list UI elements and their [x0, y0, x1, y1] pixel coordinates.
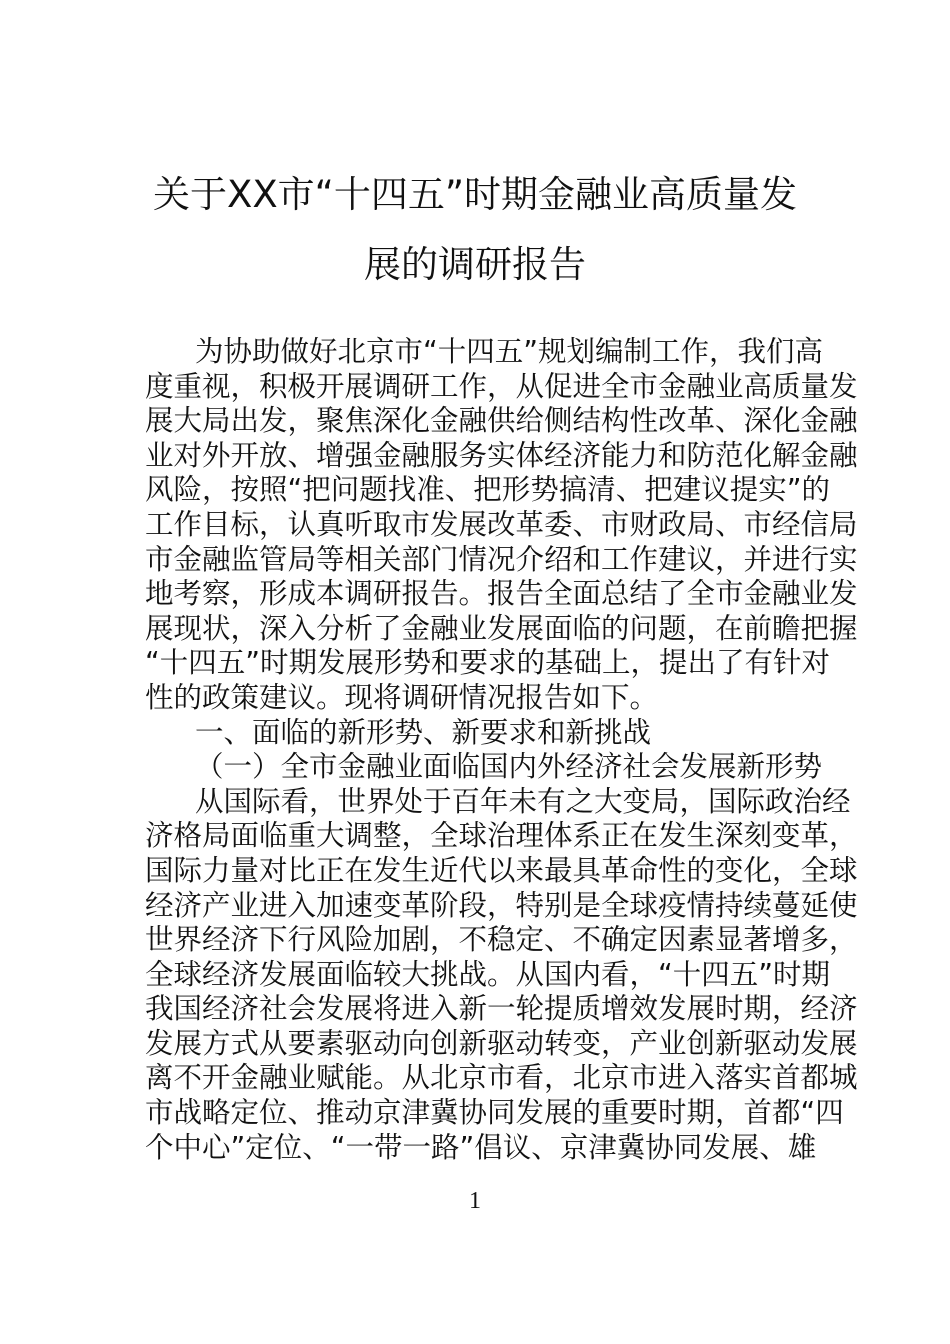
text-line: 离不开金融业赋能。从北京市看，北京市进入落实首都城: [145, 1061, 807, 1096]
page-number: 1: [0, 1188, 950, 1215]
text-line: 从国际看，世界处于百年未有之大变局，国际政治经: [145, 785, 807, 820]
text-line: 经济产业进入加速变革阶段，特别是全球疫情持续蔓延使: [145, 889, 807, 924]
text-line: “十四五”时期发展形势和要求的基础上，提出了有针对: [145, 646, 807, 681]
section-heading: 一、面临的新形势、新要求和新挑战: [145, 716, 807, 751]
text-line: 发展方式从要素驱动向创新驱动转变，产业创新驱动发展: [145, 1027, 807, 1062]
title-line-2: 展的调研报告: [130, 230, 820, 300]
document-title: 关于XX市“十四五”时期金融业高质量发 展的调研报告: [130, 160, 820, 300]
text-line: 市金融监管局等相关部门情况介绍和工作建议，并进行实: [145, 543, 807, 578]
text-line: 风险，按照“把问题找准、把形势搞清、把建议提实”的: [145, 473, 807, 508]
intro-paragraph: 为协助做好北京市“十四五”规划编制工作，我们高 度重视，积极开展调研工作，从促进…: [145, 335, 807, 716]
text-line: 世界经济下行风险加剧，不稳定、不确定因素显著增多，: [145, 923, 807, 958]
text-line: 地考察，形成本调研报告。报告全面总结了全市金融业发: [145, 577, 807, 612]
document-page: 关于XX市“十四五”时期金融业高质量发 展的调研报告 为协助做好北京市“十四五”…: [0, 0, 950, 1344]
document-body: 为协助做好北京市“十四五”规划编制工作，我们高 度重视，积极开展调研工作，从促进…: [145, 335, 807, 1165]
text-line: 展大局出发，聚焦深化金融供给侧结构性改革、深化金融: [145, 404, 807, 439]
text-line: 性的政策建议。现将调研情况报告如下。: [145, 681, 807, 716]
title-line-1: 关于XX市“十四五”时期金融业高质量发: [130, 160, 820, 230]
text-line: 度重视，积极开展调研工作，从促进全市金融业高质量发: [145, 370, 807, 405]
subsection-heading: （一）全市金融业面临国内外经济社会发展新形势: [145, 750, 807, 785]
text-line: 我国经济社会发展将进入新一轮提质增效发展时期，经济: [145, 992, 807, 1027]
text-line: 为协助做好北京市“十四五”规划编制工作，我们高: [145, 335, 807, 370]
text-line: 展现状，深入分析了金融业发展面临的问题，在前瞻把握: [145, 612, 807, 647]
text-line: 个中心”定位、“一带一路”倡议、京津冀协同发展、雄: [145, 1131, 807, 1166]
text-line: 济格局面临重大调整，全球治理体系正在发生深刻变革，: [145, 819, 807, 854]
text-line: 全球经济发展面临较大挑战。从国内看，“十四五”时期: [145, 958, 807, 993]
text-line: 工作目标，认真听取市发展改革委、市财政局、市经信局: [145, 508, 807, 543]
text-line: 业对外开放、增强金融服务实体经济能力和防范化解金融: [145, 439, 807, 474]
text-line: 市战略定位、推动京津冀协同发展的重要时期，首都“四: [145, 1096, 807, 1131]
text-line: 国际力量对比正在发生近代以来最具革命性的变化，全球: [145, 854, 807, 889]
body-paragraph: 从国际看，世界处于百年未有之大变局，国际政治经 济格局面临重大调整，全球治理体系…: [145, 785, 807, 1166]
